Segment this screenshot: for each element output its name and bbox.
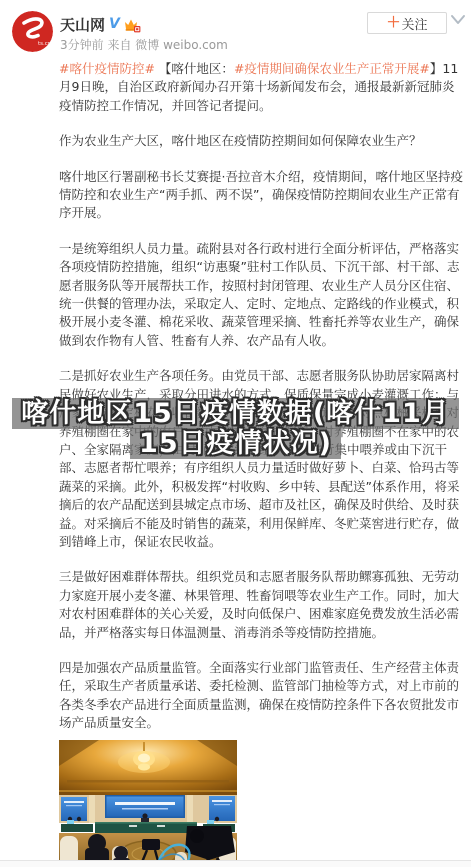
- avatar[interactable]: ts.cn: [12, 11, 53, 52]
- text-segment: 四是加强农产品质量监管。全面落实行业部门监管责任、生产经营主体责任，采取生产者质…: [59, 660, 459, 730]
- post-paragraph: 三是做好困难群体帮扶。组织党员和志愿者服务队帮助鳏寡孤独、无劳动力家庭开展小麦冬…: [59, 568, 463, 642]
- text-segment: 喀什地区行署副秘书长艾赛提·吾拉音木介绍，疫情期间，喀什地区坚持疫情防控和农业生…: [59, 169, 463, 221]
- weibo-post-card: ts.cn 天山网 V 3分钟前 来自 微博 weibo.com ＋ 关注: [0, 0, 471, 867]
- post-meta: 3分钟前 来自 微博 weibo.com: [60, 36, 228, 53]
- post-paragraph: 四是加强农产品质量监管。全面落实行业部门监管责任、生产经营主体责任，采取生产者质…: [59, 659, 463, 733]
- follow-label: 关注: [401, 14, 427, 33]
- next-card-gap: [0, 861, 471, 867]
- post-header: ts.cn 天山网 V 3分钟前 来自 微博 weibo.com ＋ 关注: [0, 0, 471, 57]
- post-text: #喀什疫情防控# 【喀什地区：#疫情期间确保农业生产正常开展#】11月9日晚，自…: [59, 60, 463, 733]
- chevron-down-icon[interactable]: [450, 11, 466, 23]
- post-paragraph: #喀什疫情防控# 【喀什地区：#疫情期间确保农业生产正常开展#】11月9日晚，自…: [59, 60, 463, 115]
- follow-button[interactable]: ＋ 关注: [367, 12, 447, 34]
- verified-badge-icon: V: [109, 17, 120, 31]
- post-paragraph: 作为农业生产大区，喀什地区在疫情防控期间如何保障农业生产？: [59, 132, 463, 150]
- hashtag-link[interactable]: #疫情期间确保农业生产正常开展#: [234, 61, 430, 76]
- svg-text:ts.cn: ts.cn: [38, 41, 52, 47]
- post-paragraph: 二是抓好农业生产各项任务。由党员干部、志愿者服务队协助居家隔离村民做好农业生产，…: [59, 367, 463, 551]
- post-paragraph: 一是统筹组织人员力量。疏附县对各行政村进行全面分析评估，严格落实各项疫情防控措施…: [59, 240, 463, 350]
- hashtag-link[interactable]: #喀什疫情防控#: [59, 61, 155, 76]
- post-content: #喀什疫情防控# 【喀什地区：#疫情期间确保农业生产正常开展#】11月9日晚，自…: [0, 57, 471, 867]
- text-segment: 【喀什地区：: [155, 61, 234, 76]
- text-segment: 二是抓好农业生产各项任务。由党员干部、志愿者服务队协助居家隔离村民做好农业生产，…: [59, 368, 459, 549]
- author-name[interactable]: 天山网: [60, 14, 105, 35]
- plus-icon: ＋: [386, 16, 400, 30]
- press-conference-photo[interactable]: 天山网: [59, 740, 237, 867]
- text-segment: 一是统筹组织人员力量。疏附县对各行政村进行全面分析评估，严格落实各项疫情防控措施…: [59, 241, 459, 348]
- text-segment: 作为农业生产大区，喀什地区在疫情防控期间如何保障农业生产？: [59, 133, 422, 148]
- post-paragraph: 喀什地区行署副秘书长艾赛提·吾拉音木介绍，疫情期间，喀什地区坚持疫情防控和农业生…: [59, 168, 463, 223]
- text-segment: 三是做好困难群体帮扶。组织党员和志愿者服务队帮助鳏寡孤独、无劳动力家庭开展小麦冬…: [59, 569, 459, 639]
- vip-badge-icon: [124, 18, 141, 33]
